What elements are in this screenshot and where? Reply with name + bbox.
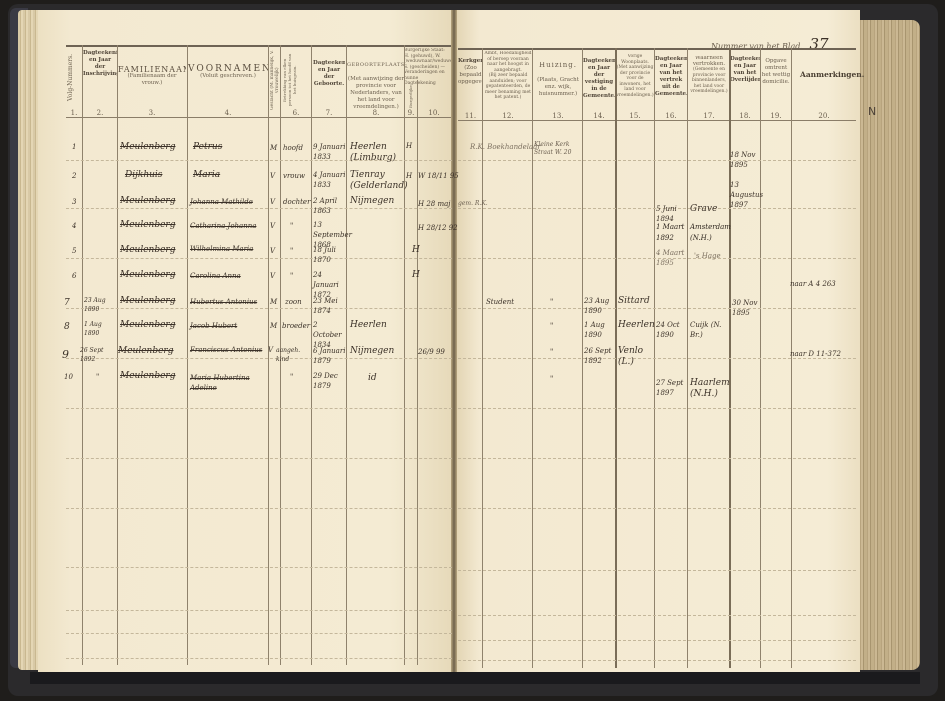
entry-address: " <box>550 298 553 306</box>
row-rule <box>66 610 452 611</box>
colnum-4: 4. <box>188 109 268 117</box>
entry-surname: Meulenberg <box>120 270 176 280</box>
entry-relation: " <box>290 272 293 280</box>
header-col-18-text: Dagteekening en Jaar van het Overlijden. <box>730 56 760 83</box>
row-rule <box>66 208 452 209</box>
entry-relation: " <box>290 373 293 381</box>
entry-firstnames: Carolina Anna <box>190 272 241 280</box>
header-col-12-sub: (Bij zeer bepaald aanduiden; voor gepate… <box>485 73 531 100</box>
header-col-13-sub: (Plaats, Gracht enz. wijk, huisnummer.) <box>537 77 579 97</box>
header-col-20: Aanmerkingen. <box>800 70 856 79</box>
entry-birthdate: 18 Juli 1870 <box>313 245 347 265</box>
entry-registration-date: 26 Sept 1892 <box>80 346 116 364</box>
entry-firstnames: Catharina Johanna <box>190 222 256 230</box>
entry-destination: Amsterdam (N.H.) <box>690 222 730 244</box>
entry-civil-status: H <box>412 245 420 255</box>
right-page <box>455 10 860 674</box>
entry-departure: 24 Oct 1890 <box>656 320 686 340</box>
entry-civil-change: H 28 maj <box>418 200 450 208</box>
header-col-4-sub: (Voluit geschreven.) <box>200 73 256 79</box>
entry-birthplace: Heerlen (Limburg) <box>350 142 406 164</box>
header-col-17: Waarheen vertrokken. (Gemeente en provin… <box>688 56 730 95</box>
colnum-8: 8. <box>347 109 405 117</box>
entry-death: 18 Nov 1895 <box>730 150 758 170</box>
entry-relation: zoon <box>285 298 302 306</box>
entry-death: 13 Augustus 1897 <box>730 180 758 210</box>
colnum-3: 3. <box>118 109 186 117</box>
entry-birthplace: Heerlen <box>350 320 387 330</box>
row-rule <box>66 658 452 659</box>
entry-departure: 5 Juni 1894 <box>656 204 686 224</box>
entry-firstnames: Maria <box>193 170 220 180</box>
header-col-2-text: Dagteekening en Jaar der Inschrijving. <box>83 50 117 77</box>
row-rule <box>66 258 452 259</box>
entry-church: gem. R.K. <box>458 200 488 207</box>
row-rule <box>66 308 452 309</box>
entry-surname: Meulenberg <box>120 320 176 330</box>
entry-departure: 4 Maart 1895 <box>656 248 686 268</box>
colnum-11: 11. <box>458 112 483 120</box>
header-col-11-sub: (Zoo bepaald opgegeven.) <box>458 65 483 85</box>
header-col-14-text: Dagteekening en Jaar der vestiging in de… <box>583 58 615 99</box>
grid-vline <box>187 45 188 665</box>
header-col-16-text: Dagteekening en Jaar van het vertrek uit… <box>655 56 687 97</box>
entry-surname: Meulenberg <box>120 220 176 230</box>
entry-departure: 27 Sept 1897 <box>656 378 686 398</box>
colnum-14: 14. <box>583 112 615 120</box>
entry-sex: M <box>270 298 277 306</box>
header-col-4-title: VOORNAMEN. <box>188 66 268 73</box>
colnum-20: 20. <box>792 112 856 120</box>
header-col-12: Ambt, Hoedanigheid of beroep vooraan naa… <box>483 51 533 101</box>
colnum-19: 19. <box>761 112 791 120</box>
entry-civil-change: H 28/12 92 <box>418 224 458 232</box>
entry-registration-date: 23 Aug 1890 <box>84 296 116 314</box>
entry-no: 4 <box>72 222 76 230</box>
colnum-15: 15. <box>616 112 654 120</box>
row-rule <box>458 640 856 641</box>
colnum-16: 16. <box>655 112 687 120</box>
entry-civil-status: H <box>406 172 412 180</box>
entry-settled-date: 23 Aug 1890 <box>584 296 614 316</box>
entry-registration-date: " <box>96 373 99 381</box>
grid-vline <box>417 80 418 665</box>
colnum-12: 12. <box>483 112 533 120</box>
row-rule <box>458 308 856 309</box>
entry-occupation: R.K. Boekhandelaar <box>470 143 541 151</box>
entry-relation: vrouw <box>283 172 305 180</box>
entry-address: Kleine Kerk Straat W. 20 <box>534 141 582 157</box>
entry-firstnames: Petrus <box>193 142 222 152</box>
header-col-18: Dagteekening en Jaar van het Overlijden. <box>730 56 760 84</box>
entry-civil-change: 26/9 99 <box>418 348 445 356</box>
entry-no: 5 <box>72 247 76 255</box>
entry-no: 7 <box>64 298 70 308</box>
header-col-3-title: FAMILIENAAM. <box>118 66 186 73</box>
row-rule <box>458 615 856 616</box>
entry-relation: hoofd <box>283 144 303 152</box>
header-col-19: Opgave omtrent het wettig domicilie. <box>761 58 791 86</box>
entry-birthdate: 23 Mei 1874 <box>313 296 347 316</box>
entry-surname: Meulenberg <box>120 245 176 255</box>
header-col-4: VOORNAMEN. (Voluit geschreven.) <box>188 52 268 80</box>
entry-civil-change: W 18/11 95 <box>418 172 459 180</box>
entry-sex: V <box>268 346 273 354</box>
colnum-9: 9. <box>405 109 417 117</box>
entry-surname: Meulenberg <box>120 296 176 306</box>
colnum-13: 13. <box>533 112 583 120</box>
header-col-10: Burgerlijke Staat: H. (gehuwd), W. (wedu… <box>404 48 451 87</box>
header-col-8-sub: (Met aanwijzing der provincie voor Neder… <box>348 76 404 110</box>
header-col-14: Dagteekening en Jaar der vestiging in de… <box>583 58 615 100</box>
entry-address: " <box>550 375 553 383</box>
header-col-17-sub: (Gemeente en provincie voor binnenlander… <box>690 67 727 94</box>
header-col-8-title: GEBOORTEPLAATS. <box>347 62 405 68</box>
entry-relation: " <box>290 247 293 255</box>
entry-address: " <box>550 322 553 330</box>
entry-firstnames: Franciscus Antonius <box>190 346 262 354</box>
header-col-1: Volg-Nummers. <box>67 52 81 102</box>
entry-birthplace: Nijmegen <box>350 346 394 356</box>
entry-relation: aangeh. kind <box>276 346 310 364</box>
entry-firstnames: Maria Hubertina Adeline <box>190 373 266 393</box>
grid-vline <box>404 45 405 665</box>
entry-previous-residence: Venlo (L.) <box>618 346 654 368</box>
entry-surname: Meulenberg <box>118 346 174 356</box>
header-col-7: Dagteekening en Jaar der Geboorte. <box>313 60 345 88</box>
header-col-13: Huizing. (Plaats, Gracht enz. wijk, huis… <box>533 62 583 98</box>
header-col-11: Kerkgenootschap. (Zoo bepaald opgegeven.… <box>458 58 483 86</box>
entry-destination: 's Hage <box>694 252 721 260</box>
entry-no: 1 <box>72 143 76 151</box>
entry-surname: Meulenberg <box>120 371 176 381</box>
entry-remarks: naar D 11-372 <box>790 350 841 358</box>
entry-firstnames: Johanna Mathilde <box>190 198 253 206</box>
entry-settled-date: 26 Sept 1892 <box>584 346 614 366</box>
entry-sex: V <box>270 222 275 230</box>
entry-destination: Haarlem (N.H.) <box>690 378 730 400</box>
entry-birthdate: 6 Januari 1879 <box>313 346 347 366</box>
entry-birthplace: Nijmegen <box>350 196 394 206</box>
entry-birthdate: 29 Dec 1879 <box>313 371 347 391</box>
right-page-stack: N <box>860 20 920 670</box>
entry-relation: dochter <box>283 198 310 206</box>
row-rule <box>66 358 452 359</box>
entry-destination: Grave <box>690 204 717 214</box>
entry-death: 30 Nov 1895 <box>732 298 760 318</box>
header-col-17-title: Waarheen vertrokken. <box>693 56 725 67</box>
colnum-17: 17. <box>688 112 730 120</box>
row-rule <box>458 660 856 661</box>
row-rule <box>458 508 856 509</box>
entry-birthdate: 9 Januari 1833 <box>313 142 347 162</box>
entry-previous-residence: Heerlen <box>618 320 655 330</box>
colnum-18: 18. <box>730 112 760 120</box>
header-col-3: FAMILIENAAM. (Familienaam der vrouw.) <box>118 52 186 87</box>
row-rule <box>66 508 452 509</box>
grid-vline <box>311 45 312 665</box>
colnum-7: 7. <box>313 109 345 117</box>
entry-previous-residence: Sittard <box>618 296 650 306</box>
colnum-6: 6. <box>282 109 310 117</box>
sheet-number-value: 37 <box>809 35 828 53</box>
header-col-16: Dagteekening en Jaar van het vertrek uit… <box>655 56 687 98</box>
entry-no: 9 <box>62 348 69 361</box>
entry-remarks: naar A 4 263 <box>790 280 836 288</box>
entry-occupation: Student <box>486 298 514 306</box>
header-col-13-title: Huizing. <box>539 62 577 69</box>
entry-firstnames: Hubertus Antonius <box>190 298 257 306</box>
colnum-10: 10. <box>418 109 450 117</box>
row-rule <box>66 458 452 459</box>
book-bottom-shadow <box>30 672 920 684</box>
entry-surname: Meulenberg <box>120 142 176 152</box>
colnum-1: 1. <box>67 109 81 117</box>
left-page-stack <box>18 10 40 670</box>
page-stack-mark: N <box>868 105 876 118</box>
header-bottom-rule-right <box>458 120 856 121</box>
row-rule <box>66 567 452 568</box>
row-rule <box>458 160 856 161</box>
row-rule <box>66 633 452 634</box>
header-col-2: Dagteekening en Jaar der Inschrijving. <box>83 50 117 78</box>
header-col-12-title: Ambt, Hoedanigheid of beroep vooraan naa… <box>484 51 531 73</box>
entry-surname: Dijkhuis <box>125 170 162 180</box>
entry-no: 2 <box>72 172 76 180</box>
entry-settled-date: 1 Aug 1890 <box>584 320 614 340</box>
entry-sex: M <box>270 144 277 152</box>
entry-birthplace: Tienray (Gelderland) <box>350 170 406 192</box>
entry-sex: V <box>270 198 275 206</box>
entry-sex: V <box>270 247 275 255</box>
entry-no: 3 <box>72 198 76 206</box>
entry-no: 6 <box>72 272 76 280</box>
entry-sex: V <box>270 272 275 280</box>
book-gutter <box>451 10 457 676</box>
header-col-5: Geslacht (M. mannelijk, V. vrouwelijk) <box>270 50 279 110</box>
header-top-rule-right <box>458 48 856 50</box>
header-col-7-text: Dagteekening en Jaar der Geboorte. <box>313 60 345 87</box>
entry-relation: " <box>290 222 293 230</box>
entry-sex: V <box>270 172 275 180</box>
entry-address: " <box>550 348 553 356</box>
header-col-8: GEBOORTEPLAATS. (Met aanwijzing der prov… <box>347 62 405 111</box>
entry-firstnames: Wilhelmina Maria <box>190 245 253 253</box>
entry-no: 10 <box>64 373 73 381</box>
entry-civil-status: H <box>406 142 412 150</box>
header-col-9: Burgerlijke staat <box>407 85 415 109</box>
row-rule <box>458 570 856 571</box>
entry-relation: broeder <box>282 322 310 330</box>
colnum-2: 2. <box>83 109 117 117</box>
entry-firstnames: Jacob Hubert <box>190 322 237 330</box>
header-bottom-rule-left <box>66 117 451 118</box>
entry-no: 8 <box>64 322 70 332</box>
entry-sex: M <box>270 322 277 330</box>
header-col-15-title: Vorige Woonplaats. <box>621 54 649 65</box>
header-col-15: Vorige Woonplaats. (Met aanwijzing der p… <box>616 54 654 98</box>
grid-vline <box>268 45 269 665</box>
row-rule <box>66 408 452 409</box>
header-col-6: Betrekking van elken persoon tot het hoo… <box>282 50 310 110</box>
entry-civil-status: H <box>412 270 420 280</box>
row-rule <box>458 458 856 459</box>
header-col-15-sub: (Met aanwijzing der provincie voor de in… <box>616 65 653 98</box>
header-col-11-title: Kerkgenootschap. <box>458 58 483 64</box>
header-col-3-sub: (Familienaam der vrouw.) <box>127 73 176 86</box>
header-top-rule-left <box>66 45 451 47</box>
entry-destination: Cuijk (N. Br.) <box>690 320 728 340</box>
entry-registration-date: 1 Aug 1890 <box>84 320 116 338</box>
row-rule <box>458 408 856 409</box>
entry-birthdate: 2 April 1863 <box>313 196 347 216</box>
entry-birthdate: 4 Januari 1833 <box>313 170 347 190</box>
entry-birthplace: id <box>368 373 377 383</box>
row-rule <box>458 358 856 359</box>
entry-departure: 1 Maart 1892 <box>656 222 686 244</box>
entry-surname: Meulenberg <box>120 196 176 206</box>
